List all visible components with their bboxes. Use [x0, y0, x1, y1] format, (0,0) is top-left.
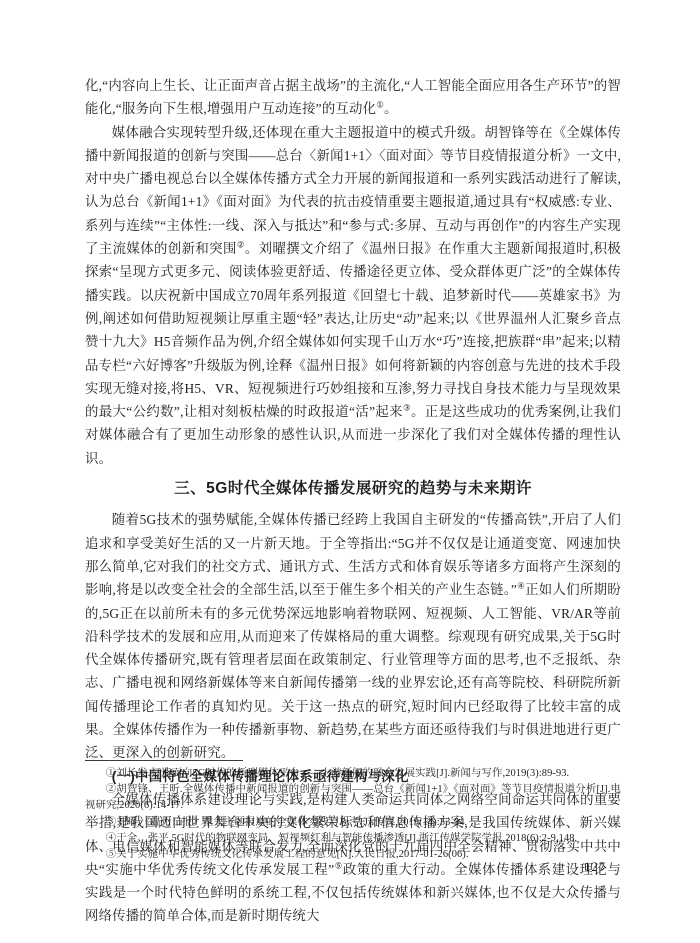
page-number: 127: [584, 860, 606, 875]
footnote-separator: [85, 760, 243, 761]
body-paragraph-continuation: 化,“内容向上生长、让正面声音占据主战场”的主流化,“人工智能全面应用各生产环节…: [85, 74, 621, 121]
body-paragraph-5g-trends: 随着5G技术的强势赋能,全媒体传播已经跨上我国自主研发的“传播高铁”,开启了人们…: [85, 508, 621, 764]
footnote-section: ①刘长发.打造面向5G时代的新型媒体平台——上游新闻的融合发展实践[J].新闻与…: [85, 760, 621, 863]
body-paragraph-media-fusion: 媒体融合实现转型升级,还体现在重大主题报道中的模式升级。胡智锋等在《全媒体传播中…: [85, 121, 621, 470]
footnote-item-3: ③刘曜.《温州日报》重大主题报道的全媒体实践与思考[J].传媒,2019(14)…: [85, 815, 621, 831]
document-page: 化,“内容向上生长、让正面声音占据主战场”的主流化,“人工智能全面应用各生产环节…: [0, 0, 700, 943]
section-heading: 三、5G时代全媒体传播发展研究的趋势与未来期许: [85, 477, 621, 500]
footnote-item-4: ④于全、张平.5G时代的物联网变局、短视频红利与智能传播渗透[J].浙江传媒学院…: [85, 831, 621, 847]
footnote-item-5: ⑤关于实施中华优秀传统文化传承发展工程的意见[N].人民日报,2017-01-2…: [85, 847, 621, 863]
footnote-item-1: ①刘长发.打造面向5G时代的新型媒体平台——上游新闻的融合发展实践[J].新闻与…: [85, 766, 621, 782]
footnote-item-2: ②胡智锋、王昕.全媒体传播中新闻报道的创新与突围——总台《新闻1+1》《面对面》…: [85, 782, 621, 814]
